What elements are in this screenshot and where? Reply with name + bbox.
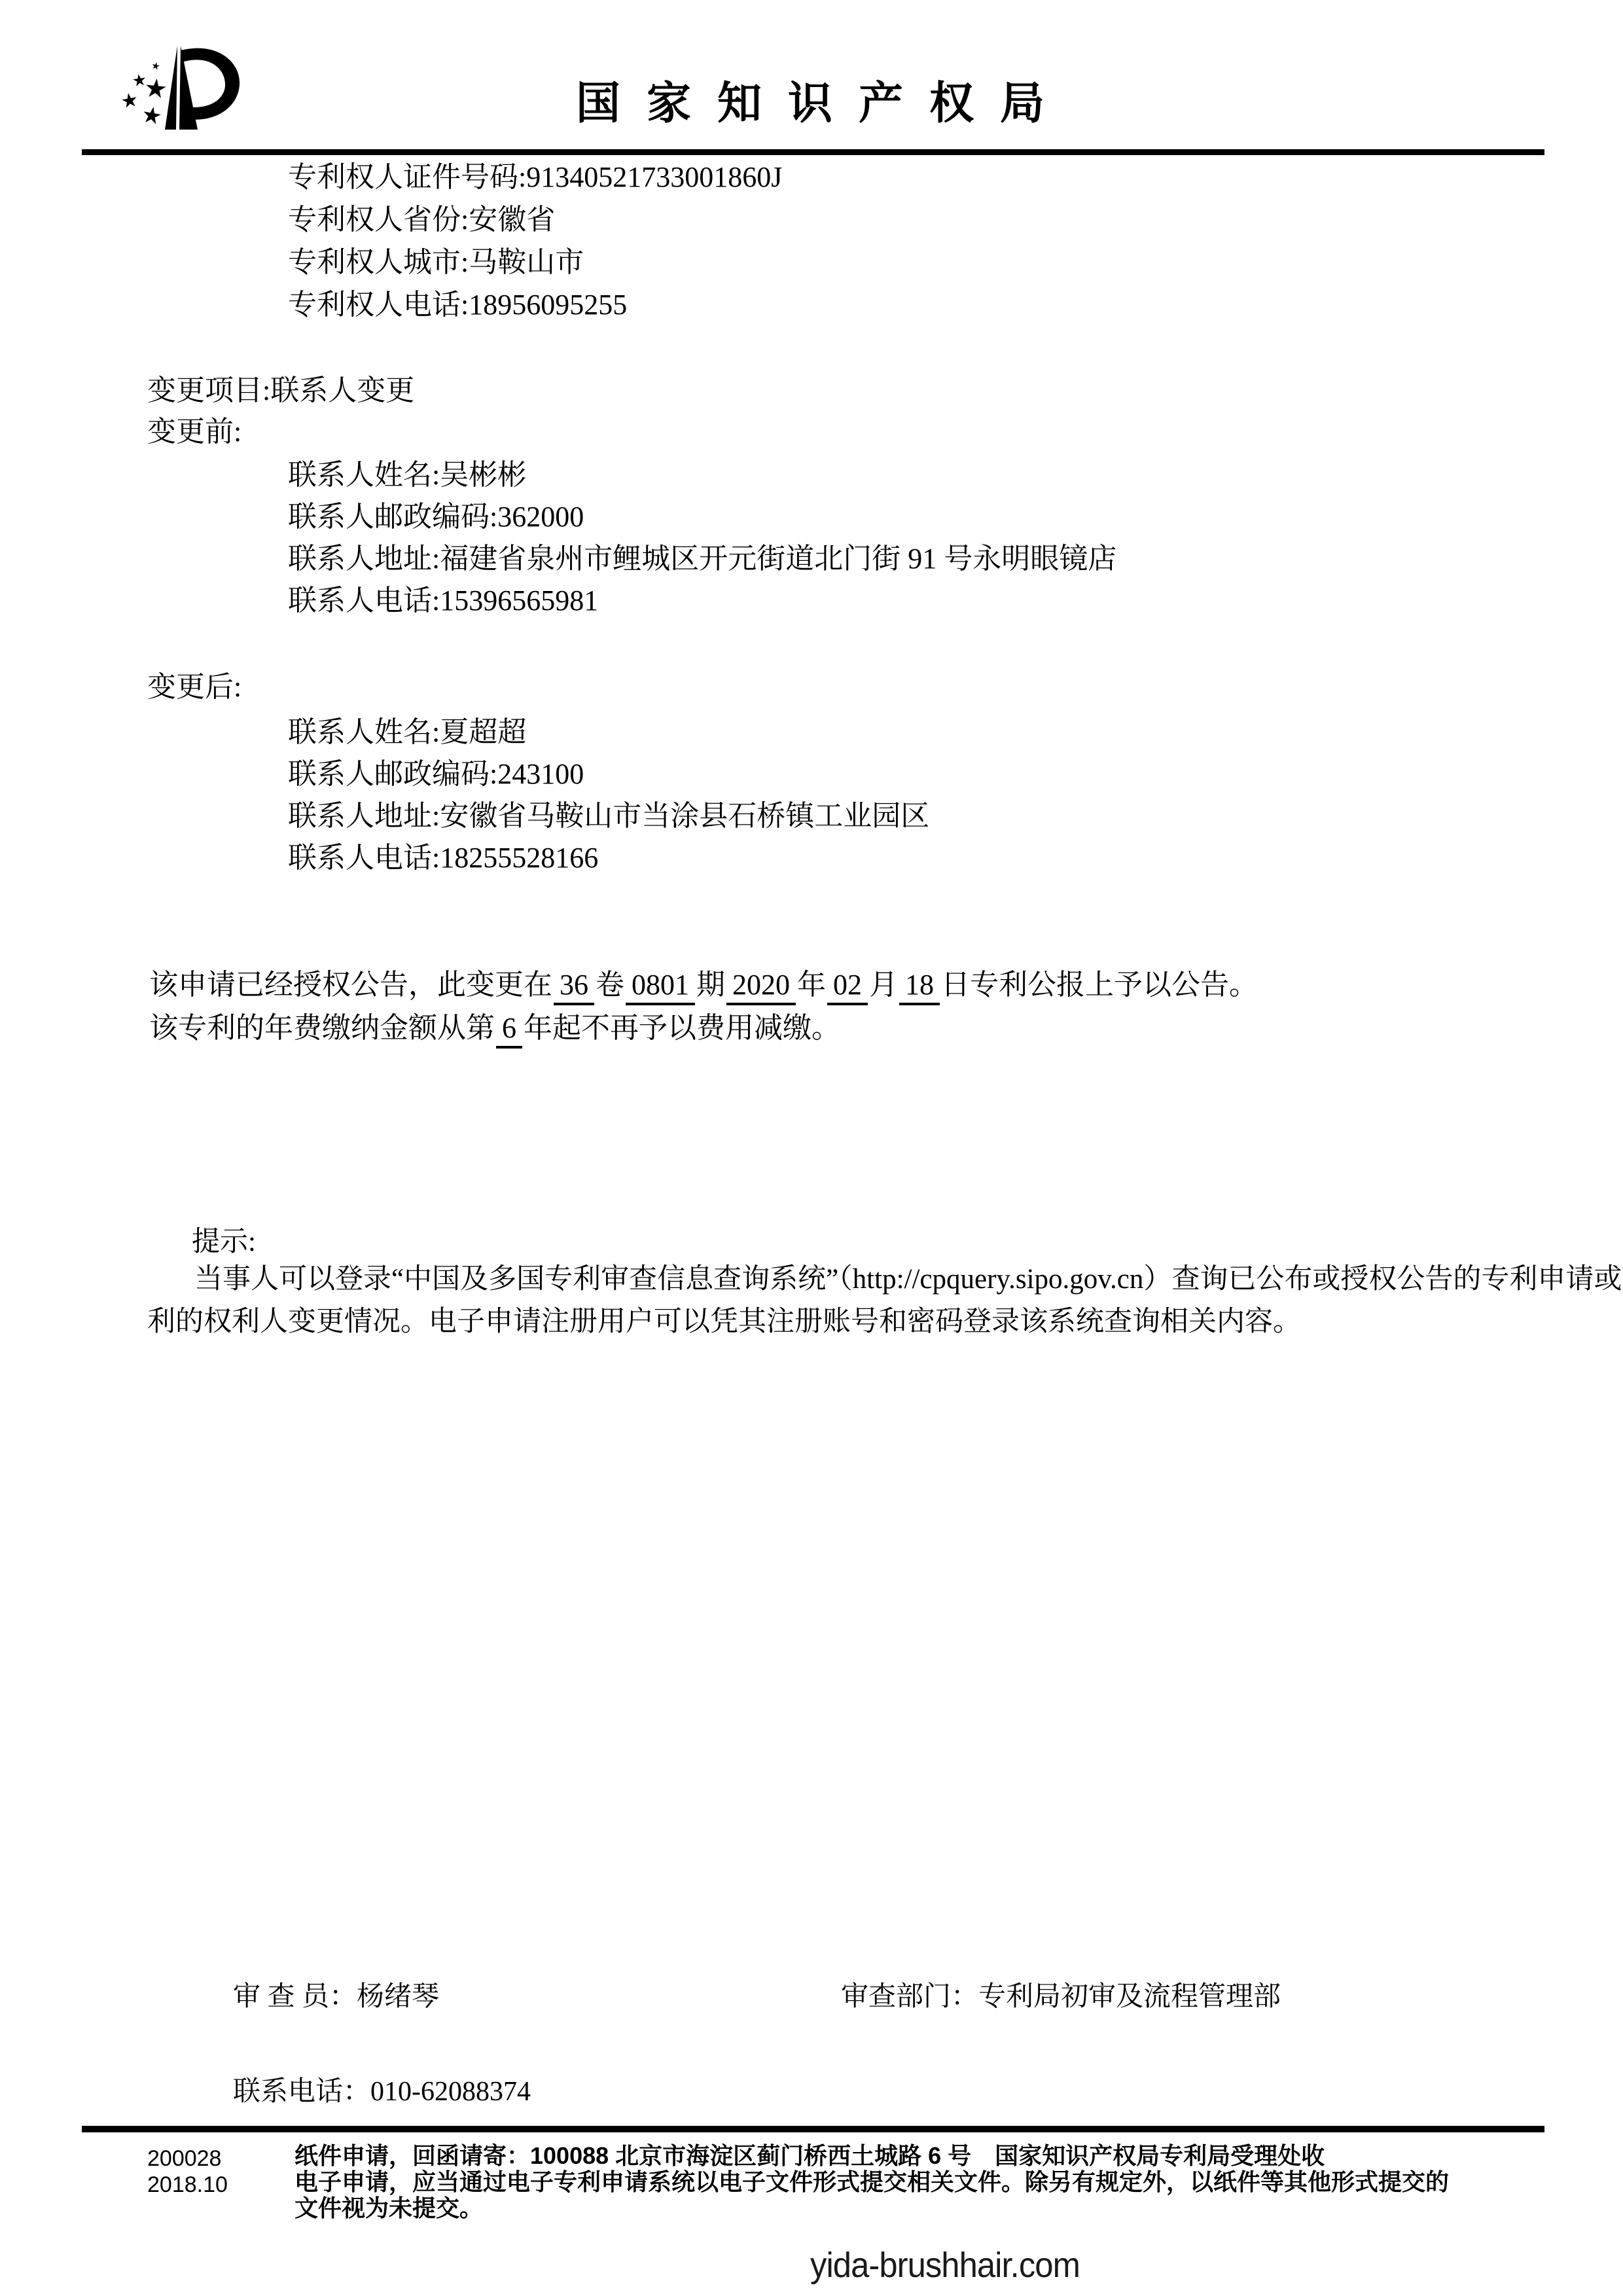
- tip-label: 提示:: [192, 1223, 256, 1262]
- footer-form-date: 2018.10: [147, 2172, 228, 2198]
- before-contact-phone: 联系人电话:15396565981: [288, 580, 1116, 622]
- notice-text: 年起不再予以费用减缴。: [524, 1012, 840, 1044]
- notice-text: 卷: [596, 969, 624, 1001]
- before-contact-zip: 联系人邮政编码:362000: [288, 496, 1116, 538]
- department-name: 专利局初审及流程管理部: [978, 1982, 1281, 2012]
- after-contact-address: 联系人地址:安徽省马鞍山市当涂县石桥镇工业园区: [288, 795, 929, 837]
- footer-line-electronic2: 文件视为未提交。: [294, 2195, 1449, 2221]
- before-contact-name: 联系人姓名:吴彬彬: [288, 454, 1116, 496]
- after-contact-zip: 联系人邮政编码:243100: [288, 753, 929, 795]
- header-rule: [82, 149, 1544, 155]
- gazette-year: 2020: [726, 969, 796, 1005]
- gazette-volume: 36: [554, 969, 594, 1005]
- patentee-province-line: 专利权人省份:安徽省: [288, 198, 782, 241]
- footer-rule: [82, 2126, 1544, 2132]
- patentee-phone-line: 专利权人电话:18956095255: [288, 283, 782, 326]
- fee-reduction-year: 6: [496, 1012, 522, 1049]
- notice-text: 期: [696, 969, 725, 1001]
- contact-phone-number: 010-62088374: [370, 2077, 531, 2107]
- contact-phone-row: 联系电话：010-62088374: [233, 2073, 531, 2110]
- footer-line-paper: 纸件申请，回函请寄：100088 北京市海淀区蓟门桥西土城路 6 号 国家知识产…: [294, 2143, 1449, 2169]
- footer-form-codes: 200028 2018.10: [147, 2145, 228, 2198]
- before-contact-address: 联系人地址:福建省泉州市鲤城区开元街道北门街 91 号永明眼镜店: [288, 538, 1116, 580]
- announcement-notice: 该申请已经授权公告，此变更在36卷0801期2020年02月18日专利公报上予以…: [149, 963, 1258, 1050]
- contact-phone-label: 联系电话：: [233, 2077, 370, 2107]
- tip-paragraph-line1: 当事人可以登录“中国及多国专利审查信息查询系统”（http://cpquery.…: [194, 1260, 1623, 1299]
- footer-instructions: 纸件申请，回函请寄：100088 北京市海淀区蓟门桥西土城路 6 号 国家知识产…: [294, 2143, 1449, 2221]
- notice-text: 月: [869, 969, 898, 1001]
- department-label: 审查部门：: [841, 1982, 978, 2012]
- after-contact-name: 联系人姓名:夏超超: [288, 711, 929, 753]
- notice-text: 该申请已经授权公告，此变更在: [149, 969, 552, 1001]
- footer-form-code: 200028: [147, 2145, 228, 2172]
- patentee-city-line: 专利权人城市:马鞍山市: [288, 241, 782, 283]
- after-change-label: 变更后:: [147, 666, 241, 708]
- notice-text: 年: [797, 969, 826, 1001]
- notice-text: 该专利的年费缴纳金额从第: [149, 1012, 495, 1044]
- after-change-block: 联系人姓名:夏超超 联系人邮政编码:243100 联系人地址:安徽省马鞍山市当涂…: [288, 711, 929, 879]
- patentee-id-line: 专利权人证件号码:91340521733001860J: [288, 156, 782, 198]
- announcement-line1: 该申请已经授权公告，此变更在36卷0801期2020年02月18日专利公报上予以…: [149, 963, 1258, 1007]
- notice-text: 日专利公报上予以公告。: [941, 969, 1258, 1001]
- gazette-month: 02: [827, 969, 868, 1005]
- document-page: 国家知识产权局 专利权人证件号码:91340521733001860J 专利权人…: [0, 0, 1623, 2296]
- watermark-text: yida-brushhair.com: [810, 2245, 1080, 2286]
- footer-line-electronic: 电子申请，应当通过电子专利申请系统以电子文件形式提交相关文件。除另有规定外，以纸…: [294, 2169, 1449, 2195]
- after-contact-phone: 联系人电话:18255528166: [288, 837, 929, 879]
- gazette-issue: 0801: [626, 969, 695, 1005]
- tip-paragraph-line2: 利的权利人变更情况。电子申请注册用户可以凭其注册账号和密码登录该系统查询相关内容…: [147, 1302, 1301, 1342]
- before-change-block: 联系人姓名:吴彬彬 联系人邮政编码:362000 联系人地址:福建省泉州市鲤城区…: [288, 454, 1116, 622]
- examiner-row: 审 查 员：杨绪琴: [233, 1979, 439, 2015]
- patentee-info-block: 专利权人证件号码:91340521733001860J 专利权人省份:安徽省 专…: [288, 156, 782, 326]
- cnipa-logo-icon: [111, 36, 249, 137]
- gazette-day: 18: [899, 969, 940, 1005]
- announcement-line2: 该专利的年费缴纳金额从第6年起不再予以费用减缴。: [149, 1007, 1258, 1050]
- page-title: 国家知识产权局: [576, 68, 1071, 132]
- change-item-line: 变更项目:联系人变更: [147, 369, 414, 412]
- examiner-label: 审 查 员：: [233, 1982, 357, 2012]
- department-row: 审查部门：专利局初审及流程管理部: [841, 1979, 1281, 2015]
- before-change-label: 变更前:: [147, 410, 241, 453]
- examiner-name: 杨绪琴: [357, 1982, 439, 2012]
